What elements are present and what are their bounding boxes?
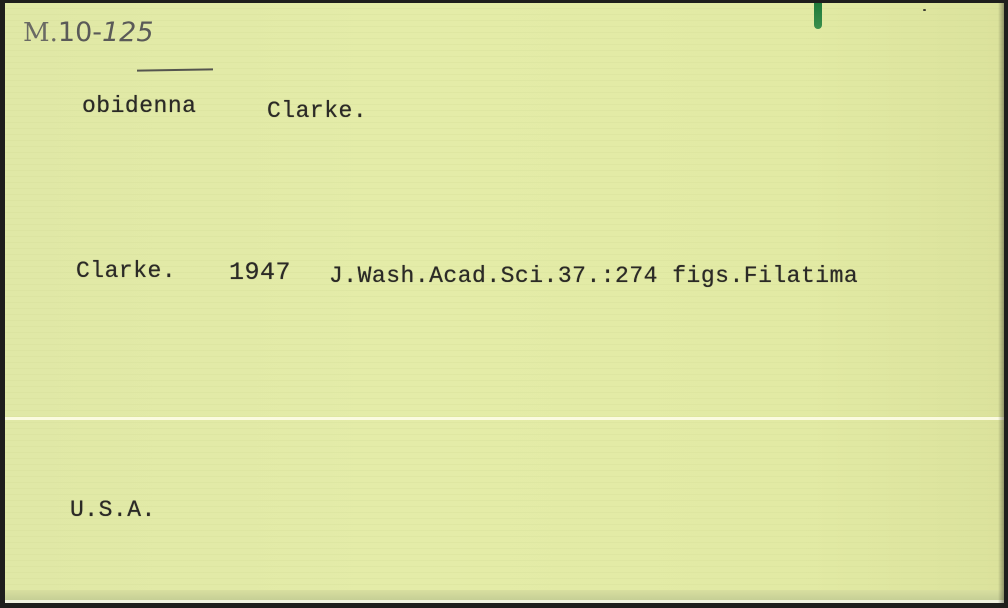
reference-year: 1947 [229, 258, 291, 287]
taxon-name: obidenna [82, 93, 196, 119]
reference-author: Clarke. [76, 258, 176, 284]
card-bottom-edge [5, 590, 1004, 600]
green-tab-marker [814, 3, 822, 29]
catalog-number-underline [137, 68, 213, 71]
card-right-edge-shadow [998, 3, 1004, 603]
catalog-separator: - [92, 17, 102, 48]
locality: U.S.A. [70, 497, 156, 523]
catalog-item-number: 125 [102, 17, 154, 48]
ink-speck [923, 9, 926, 11]
catalog-prefix: M. [23, 18, 58, 48]
catalog-series: 10 [58, 17, 92, 48]
card-fold-line [5, 417, 1004, 420]
reference-citation: J.Wash.Acad.Sci.37.:274 figs.Filatima [329, 263, 858, 289]
catalog-number: M.10-125 [23, 17, 154, 48]
index-card: M.10-125 obidenna Clarke. Clarke. 1947 J… [5, 3, 1004, 603]
card-bottom-strip [5, 600, 1004, 603]
taxon-author: Clarke. [267, 98, 367, 124]
